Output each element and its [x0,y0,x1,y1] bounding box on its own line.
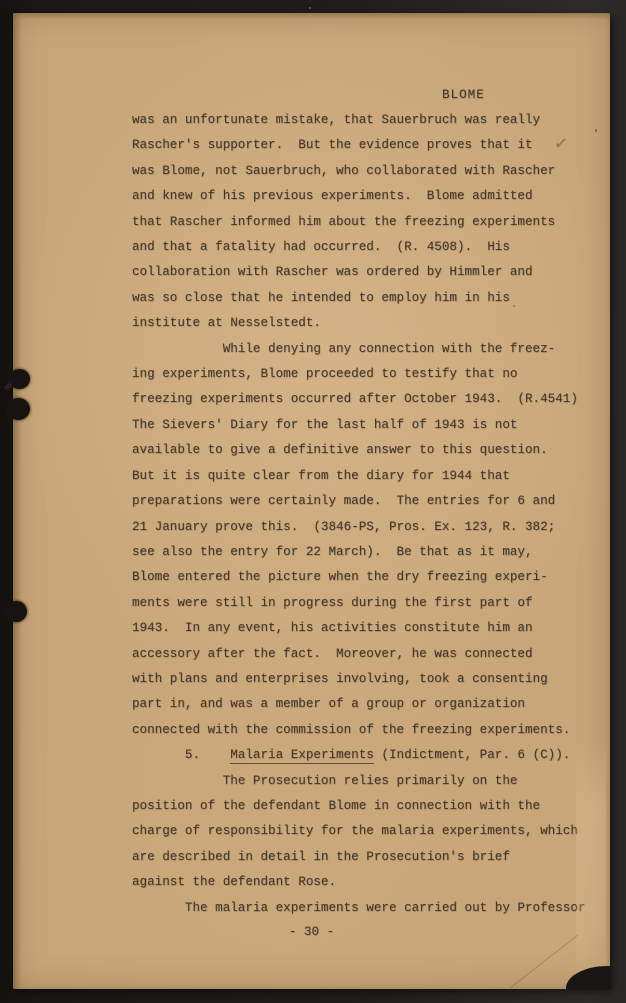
ink-speck [513,305,515,307]
document-body: was an unfortunate mistake, that Sauerbr… [132,108,602,921]
page-header-blome: BLOME [442,85,485,105]
torn-corner [566,966,611,990]
hole-punch [7,398,30,420]
malaria-experiments-heading: 5. Malaria Experiments (Indictment, Par.… [132,743,602,768]
page-number: - 30 - [13,922,610,942]
heading-number: 5. [132,748,230,762]
paragraph-malaria-carried-out: The malaria experiments were carried out… [132,896,602,921]
pencil-mark [3,382,12,390]
ink-speck [595,129,597,132]
heading-citation: (Indictment, Par. 6 (C)). [374,748,571,762]
dust-speck [309,7,311,9]
paragraph-sauerbruch-rascher: was an unfortunate mistake, that Sauerbr… [132,108,602,337]
hole-punch [9,369,30,389]
heading-title-underlined: Malaria Experiments [230,748,374,764]
paragraph-prosecution-position: The Prosecution relies primarily on the … [132,769,602,896]
scanned-document: BLOME ✓ was an unfortunate mistake, that… [0,0,626,1003]
document-page: BLOME ✓ was an unfortunate mistake, that… [13,13,610,989]
hole-punch [6,601,27,622]
paragraph-freezing-experiments: While denying any connection with the fr… [132,337,602,744]
